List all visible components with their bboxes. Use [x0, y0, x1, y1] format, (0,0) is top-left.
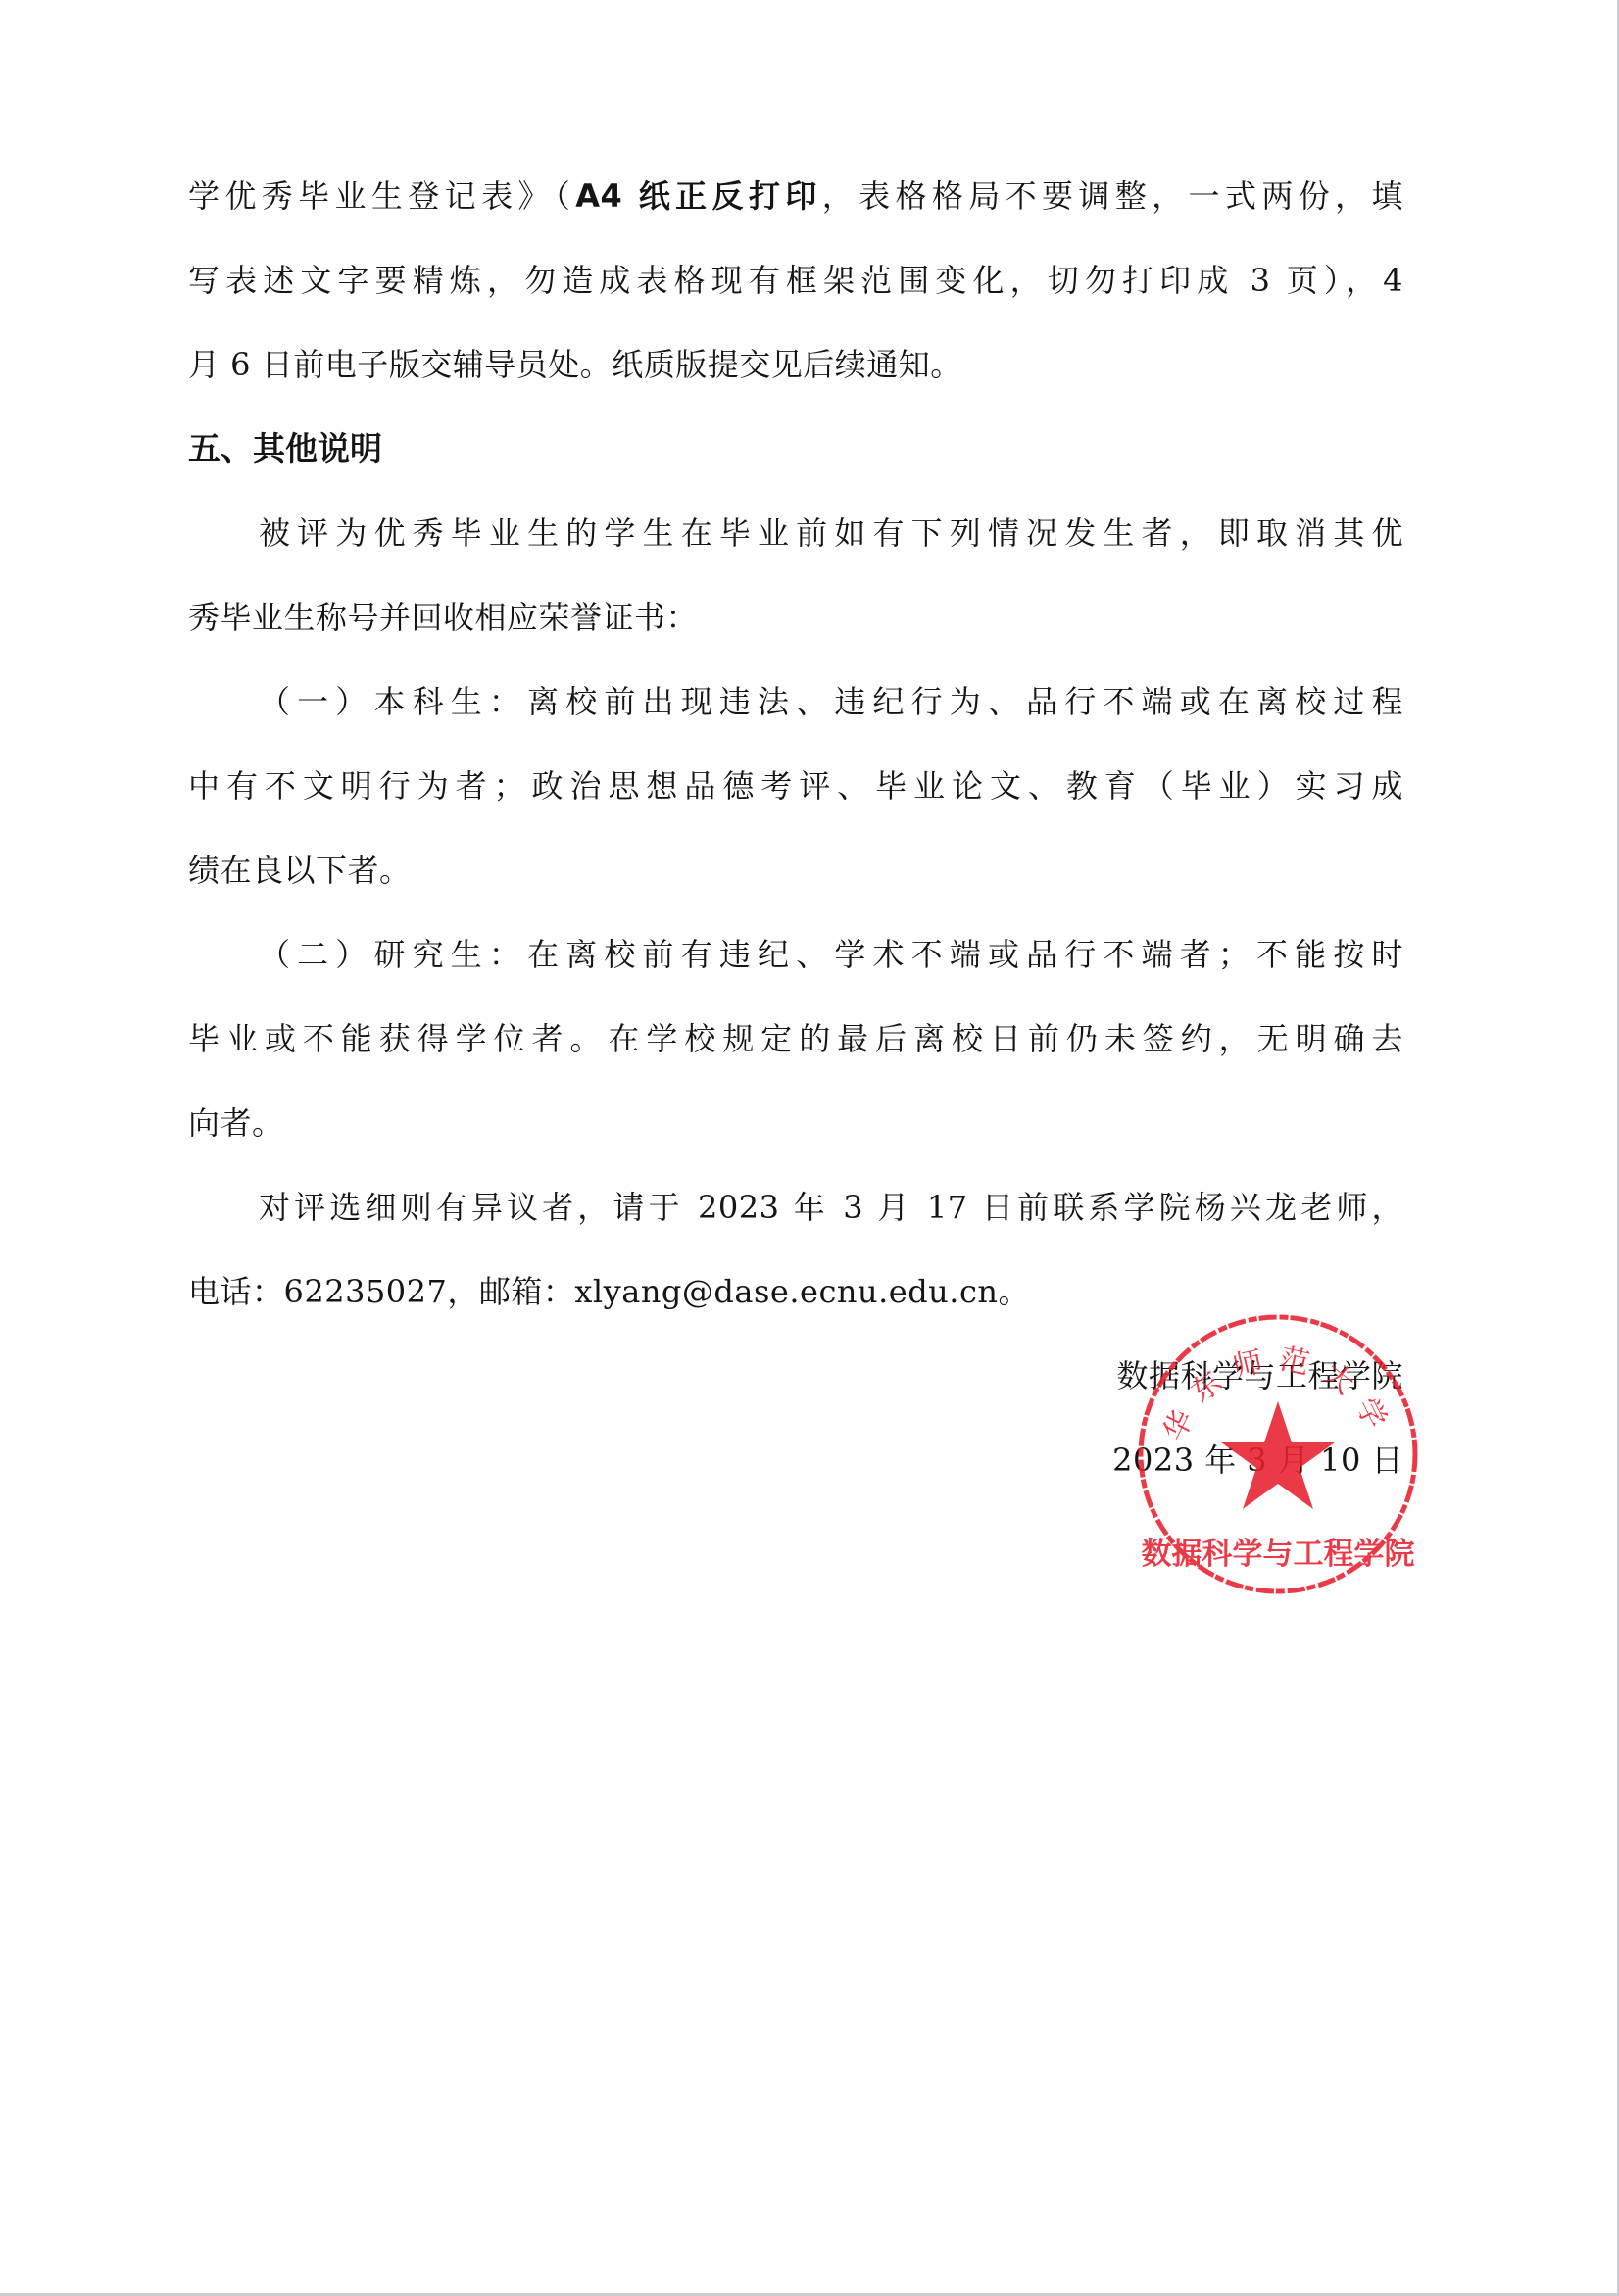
bold-emphasis: A4 纸正反打印 — [575, 177, 821, 215]
paragraph-line: （一）本科生：离校前出现违法、违纪行为、品行不端或在离校过程 — [188, 667, 1403, 752]
paragraph-line: 写表述文字要精炼，勿造成表格现有框架范围变化，切勿打印成 3 页），4 — [188, 246, 1403, 330]
text-segment: ，表格格局不要调整，一式两份，填 — [822, 177, 1403, 215]
section-heading: 五、其他说明 — [188, 415, 1403, 499]
paragraph-line: 秀毕业生称号并回收相应荣誉证书： — [188, 583, 1403, 667]
signature-date: 2023 年 3 月 10 日 — [188, 1426, 1403, 1510]
paragraph-line: （二）研究生：在离校前有违纪、学术不端或品行不端者；不能按时 — [188, 920, 1403, 1004]
paragraph-line: 月 6 日前电子版交辅导员处。纸质版提交见后续通知。 — [188, 330, 1403, 415]
document-page: 学优秀毕业生登记表》（A4 纸正反打印，表格格局不要调整，一式两份，填 写表述文… — [0, 0, 1619, 2296]
stamp-bottom-text: 数据科学与工程学院 — [1142, 1537, 1415, 1572]
paragraph-line: 向者。 — [188, 1089, 1403, 1173]
paragraph-line: 对评选细则有异议者，请于 2023 年 3 月 17 日前联系学院杨兴龙老师， — [188, 1173, 1403, 1257]
paragraph-line: 毕业或不能获得学位者。在学校规定的最后离校日前仍未签约，无明确去 — [188, 1004, 1403, 1089]
paragraph-line: 绩在良以下者。 — [188, 836, 1403, 920]
paragraph-line: 被评为优秀毕业生的学生在毕业前如有下列情况发生者，即取消其优 — [188, 499, 1403, 583]
paragraph-line: 中有不文明行为者；政治思想品德考评、毕业论文、教育（毕业）实习成 — [188, 752, 1403, 836]
signature-organization: 数据科学与工程学院 — [188, 1342, 1403, 1426]
paragraph-line: 学优秀毕业生登记表》（A4 纸正反打印，表格格局不要调整，一式两份，填 — [188, 162, 1403, 246]
contact-line: 电话：62235027，邮箱：xlyang@dase.ecnu.edu.cn。 — [188, 1257, 1403, 1342]
document-body: 学优秀毕业生登记表》（A4 纸正反打印，表格格局不要调整，一式两份，填 写表述文… — [188, 162, 1403, 1510]
text-segment: 学优秀毕业生登记表》（ — [188, 177, 575, 215]
